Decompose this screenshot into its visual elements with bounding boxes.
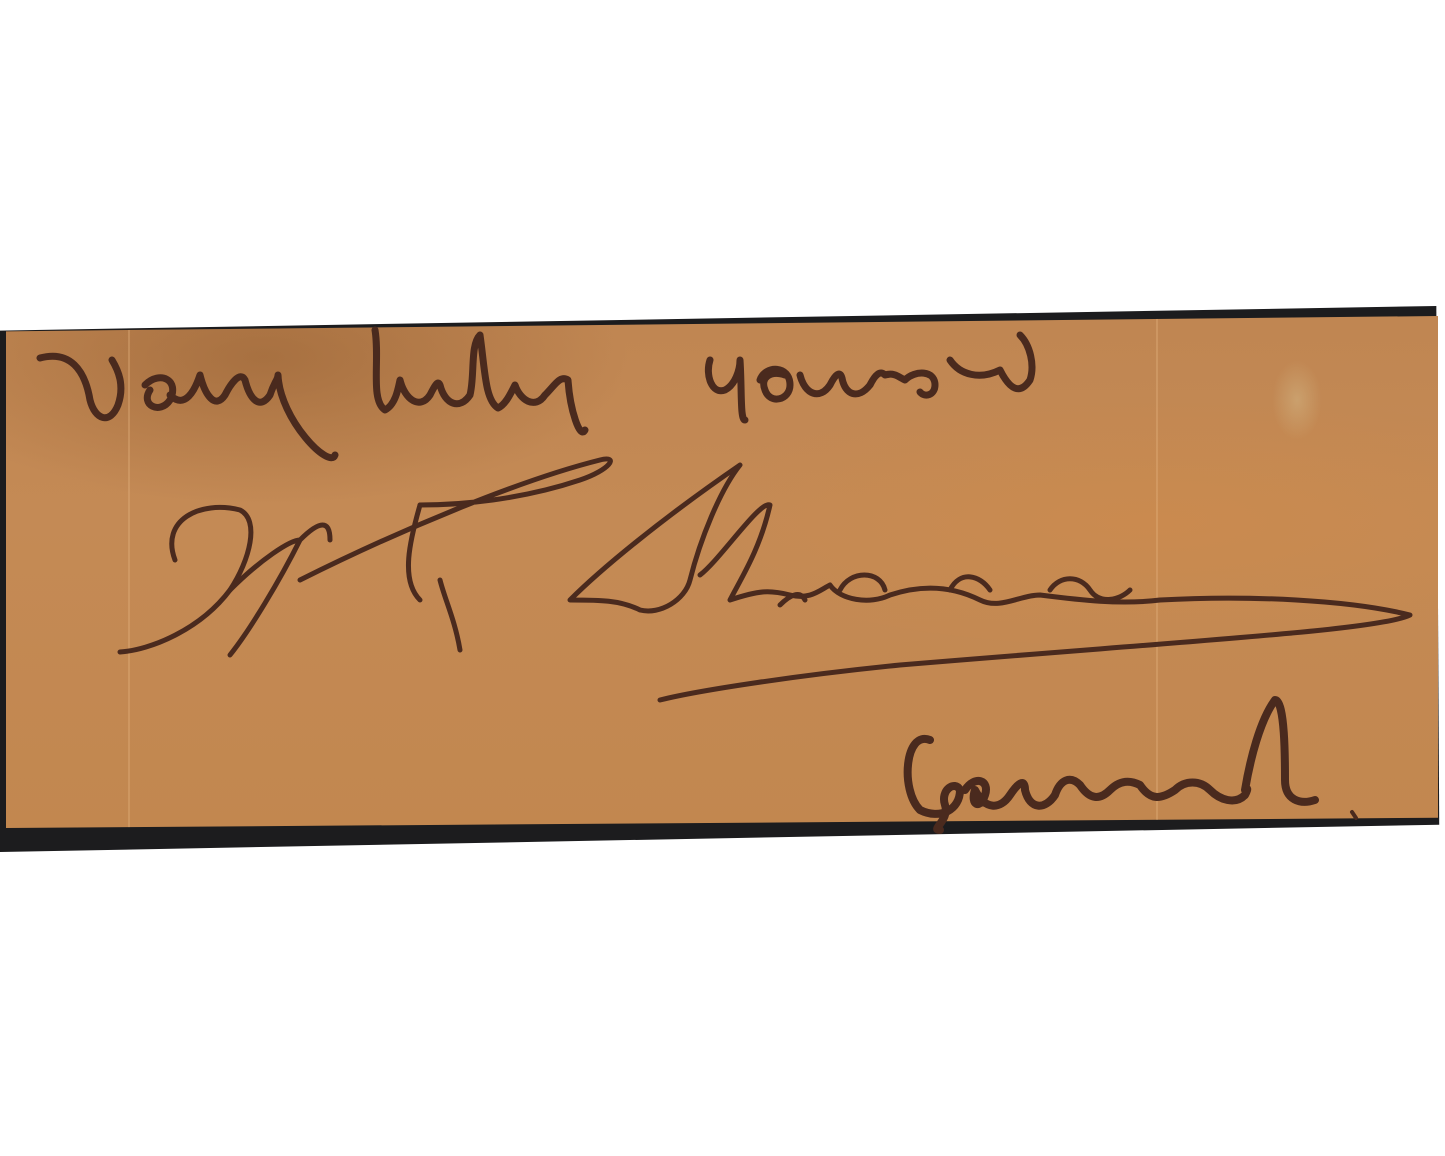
- title-handwriting: [908, 700, 1356, 830]
- closing-handwriting: [40, 330, 1032, 458]
- signature-handwriting: [120, 459, 1410, 700]
- handwriting-ink: [0, 0, 1445, 1156]
